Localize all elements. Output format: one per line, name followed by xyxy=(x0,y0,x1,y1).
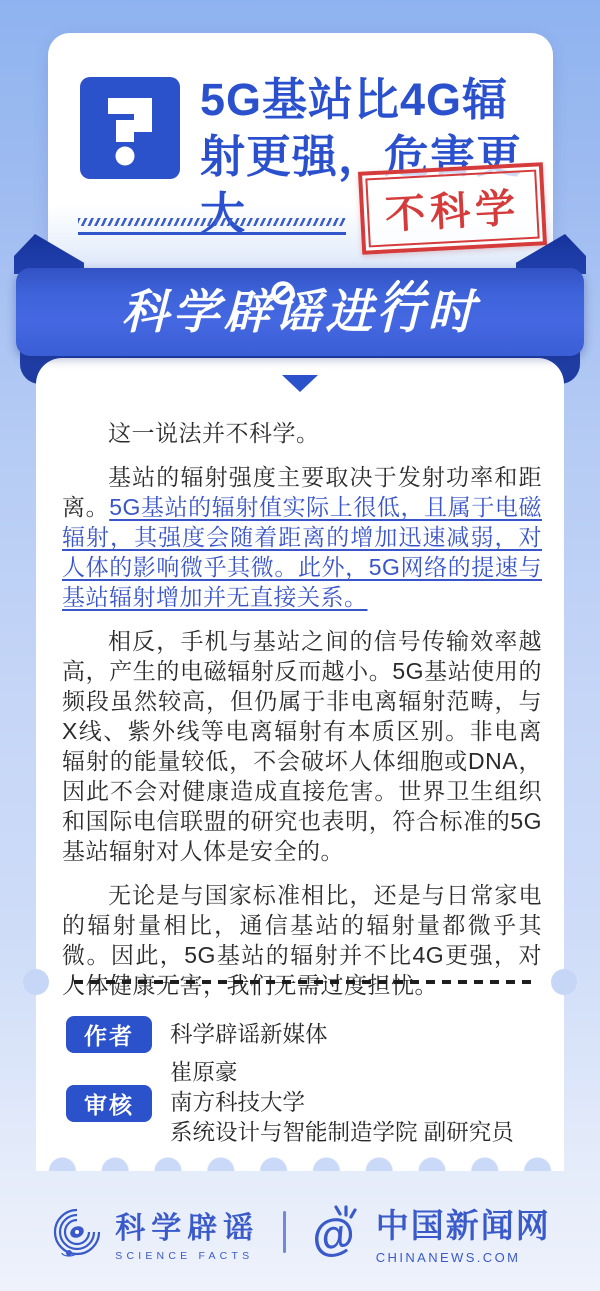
author-badge: 作者 xyxy=(66,1016,152,1053)
author-row: 作者 科学辟谣新媒体 xyxy=(66,1016,328,1053)
author-value: 科学辟谣新媒体 xyxy=(170,1020,328,1050)
chinanews-logo: @ 中国新闻网 CHINANEWS.COM xyxy=(310,1200,551,1265)
article-body: 这一说法并不科学。 基站的辐射强度主要取决于发射功率和距离。5G基站的辐射值实际… xyxy=(36,358,564,1014)
reviewer-row: 审核 崔原豪 南方科技大学 系统设计与智能制造学院 副研究员 xyxy=(66,1058,514,1148)
ticket-scallop-edge xyxy=(36,1157,564,1171)
paragraph-verdict: 这一说法并不科学。 xyxy=(62,418,542,448)
science-facts-logo: 科学辟谣 SCIENCE FACTS xyxy=(49,1203,259,1262)
ticket-notch-left xyxy=(23,969,49,995)
question-mark-glyph xyxy=(80,77,180,179)
chinanews-en-text: CHINANEWS.COM xyxy=(376,1250,551,1265)
highlighted-link-text[interactable]: 5G基站的辐射值实际上很低，且属于电磁辐射，其强度会随着距离的增加迅速减弱，对人… xyxy=(62,494,542,610)
no-entry-icon xyxy=(270,280,296,306)
reviewer-affiliation: 南方科技大学 xyxy=(170,1088,514,1118)
footer-logos: 科学辟谣 SCIENCE FACTS @ 中国新闻网 CHINANEWS.COM xyxy=(0,1186,600,1278)
claim-card: 5G基站比4G辐 射更强，危害更大 不科学 xyxy=(48,33,553,278)
reviewer-name: 崔原豪 xyxy=(170,1058,514,1088)
science-facts-cn-text: 科学辟谣 xyxy=(115,1203,259,1247)
chinanews-cn-text: 中国新闻网 xyxy=(376,1200,551,1247)
science-rumor-poster: 5G基站比4G辐 射更强，危害更大 不科学 科学辟谣进行时 xyxy=(0,0,600,1291)
section-banner: 科学辟谣进行时 xyxy=(16,268,584,356)
paragraph-nonionizing: 相反，手机与基站之间的信号传输效率越高，产生的电磁辐射反而越小。5G基站使用的频… xyxy=(62,626,542,866)
reviewer-value: 崔原豪 南方科技大学 系统设计与智能制造学院 副研究员 xyxy=(170,1058,514,1148)
underline-rule-decoration xyxy=(78,232,346,235)
reviewer-badge: 审核 xyxy=(66,1085,152,1122)
ticket-notch-right xyxy=(551,969,577,995)
swirl-galaxy-icon xyxy=(49,1204,105,1260)
at-sign-icon: @ xyxy=(310,1204,366,1260)
science-facts-en-text: SCIENCE FACTS xyxy=(115,1250,259,1262)
logo-divider xyxy=(283,1211,286,1253)
question-mark-icon xyxy=(80,77,180,179)
not-scientific-stamp: 不科学 xyxy=(358,162,547,255)
article-card: 这一说法并不科学。 基站的辐射强度主要取决于发射功率和距离。5G基站的辐射值实际… xyxy=(36,358,564,1157)
speed-lines-icon xyxy=(384,278,432,298)
dashed-separator xyxy=(74,980,532,984)
svg-text:@: @ xyxy=(310,1208,358,1260)
stamp-label: 不科学 xyxy=(365,170,539,248)
reviewer-title: 系统设计与智能制造学院 副研究员 xyxy=(170,1118,514,1148)
hatch-stripe-decoration xyxy=(78,218,346,226)
claim-title-line1: 5G基站比4G辐 xyxy=(200,74,508,125)
banner-title: 科学辟谣进行时 xyxy=(16,268,584,356)
paragraph-radiation: 基站的辐射强度主要取决于发射功率和距离。5G基站的辐射值实际上很低，且属于电磁辐… xyxy=(62,462,542,612)
